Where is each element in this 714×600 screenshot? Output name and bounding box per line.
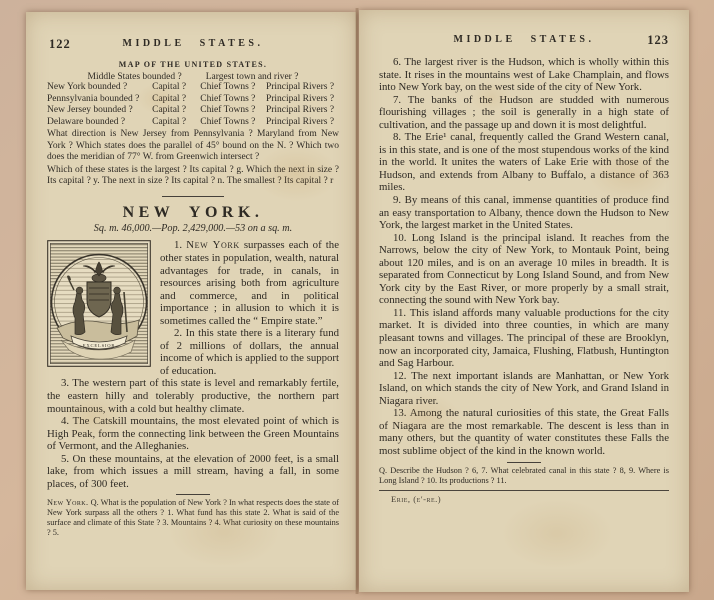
page-number-left: 122 <box>49 37 71 52</box>
right-body-text: 6. The largest river is the Hudson, whic… <box>379 56 669 458</box>
left-footnote: New York. Q. What is the population of N… <box>47 498 339 538</box>
body-paragraph: 9. By means of this canal, immense quant… <box>379 194 669 232</box>
body-paragraph: 4. The Catskill mountains, the most elev… <box>47 415 339 453</box>
body-paragraph: 3. The western part of this state is lev… <box>47 377 339 415</box>
left-body-text: EXCELSIOR 1. New York surpasses each of … <box>47 239 339 490</box>
smallcaps-lead: New York <box>186 239 239 251</box>
body-paragraph: 13. Among the natural curiosities of thi… <box>379 407 669 457</box>
left-header: 122 MIDDLE STATES. <box>47 38 339 54</box>
left-footnote-text: Q. What is the population of New York ? … <box>47 498 339 537</box>
page-left: 122 MIDDLE STATES. MAP OF THE UNITED STA… <box>26 12 356 590</box>
map-question-row: New Jersey bounded ?Capital ?Chief Towns… <box>47 105 339 117</box>
seal-motto-text: EXCELSIOR <box>83 343 116 348</box>
map-question-row: New York bounded ?Capital ?Chief Towns ?… <box>47 82 339 94</box>
page-right-content: MIDDLE STATES. 123 6. The largest river … <box>359 10 689 592</box>
right-header: MIDDLE STATES. 123 <box>379 34 669 50</box>
section-stats-line: Sq. m. 46,000.—Pop. 2,429,000.—53 on a s… <box>47 223 339 234</box>
page-left-content: 122 MIDDLE STATES. MAP OF THE UNITED STA… <box>26 12 356 590</box>
body-paragraph: 7. The banks of the Hudson are studded w… <box>379 94 669 132</box>
map-question-para-1: What direction is New Jersey from Pennsy… <box>47 129 339 163</box>
body-paragraph: 10. Long Island is the principal island.… <box>379 232 669 307</box>
footnote-rule-right <box>507 462 541 463</box>
book-scan: 122 MIDDLE STATES. MAP OF THE UNITED STA… <box>0 0 714 600</box>
section-title: NEW YORK. <box>47 204 339 222</box>
right-footnote: Q. Describe the Hudson ? 6, 7. What cele… <box>379 466 669 486</box>
map-head-right: Largest town and river ? <box>206 72 299 82</box>
section-divider-rule <box>162 196 224 197</box>
map-head-left: Middle States bounded ? <box>88 72 182 82</box>
body-paragraph: 11. This island affords many valuable pr… <box>379 307 669 370</box>
body-paragraph: 5. On these mountains, at the elevation … <box>47 453 339 491</box>
running-head-left: MIDDLE STATES. <box>47 38 339 49</box>
body-paragraph: 6. The largest river is the Hudson, whic… <box>379 56 669 94</box>
running-head-right: MIDDLE STATES. <box>379 34 669 45</box>
pronunciation-footnote: Erie, (e′-re.) <box>379 494 669 504</box>
bottom-rule <box>379 490 669 491</box>
map-head-line: Middle States bounded ? Largest town and… <box>47 72 339 82</box>
footnote-rule-left <box>176 494 210 495</box>
map-question-para-2: Which of these states is the largest ? I… <box>47 165 339 188</box>
page-right: MIDDLE STATES. 123 6. The largest river … <box>359 10 689 592</box>
state-seal-engraving: EXCELSIOR <box>47 240 151 367</box>
map-question-row: Delaware bounded ?Capital ?Chief Towns ?… <box>47 117 339 129</box>
body-paragraph: 12. The next important islands are Manha… <box>379 370 669 408</box>
map-question-rows: New York bounded ?Capital ?Chief Towns ?… <box>47 82 339 128</box>
page-number-right: 123 <box>647 33 669 48</box>
left-footnote-lead: New York. <box>47 498 88 507</box>
map-question-section: MAP OF THE UNITED STATES. Middle States … <box>47 60 339 187</box>
map-section-title: MAP OF THE UNITED STATES. <box>47 60 339 69</box>
body-paragraph: 8. The Erie¹ canal, frequently called th… <box>379 131 669 194</box>
map-question-row: Pennsylvania bounded ?Capital ?Chief Tow… <box>47 94 339 106</box>
